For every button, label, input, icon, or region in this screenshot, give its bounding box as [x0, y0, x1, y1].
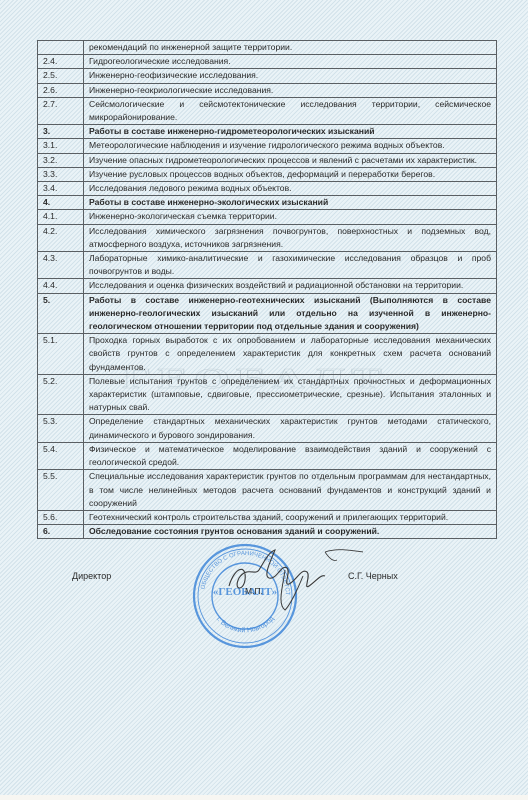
item-description: рекомендаций по инженерной защите террит… [84, 41, 497, 55]
item-number: 5.1. [38, 334, 84, 375]
item-description: Специальные исследования характеристик г… [84, 470, 497, 511]
item-number [38, 41, 84, 55]
section-row: 5.Работы в составе инженерно-геотехничес… [38, 293, 497, 334]
item-number: 2.5. [38, 69, 84, 83]
item-number: 2.7. [38, 97, 84, 124]
item-number: 5.2. [38, 374, 84, 415]
item-description: Определение стандартных механических хар… [84, 415, 497, 442]
item-number: 3.3. [38, 167, 84, 181]
item-description: Сейсмологические и сейсмотектонические и… [84, 97, 497, 124]
item-number: 3. [38, 125, 84, 139]
item-description: Проходка горных выработок с их опробован… [84, 334, 497, 375]
item-description: Обследование состояния грунтов основания… [84, 525, 497, 539]
table-row: рекомендаций по инженерной защите террит… [38, 41, 497, 55]
table-row: 3.4.Исследования ледового режима водных … [38, 182, 497, 196]
table-row: 3.2.Изучение опасных гидрометеорологичес… [38, 153, 497, 167]
item-description: Физическое и математическое моделировани… [84, 442, 497, 469]
table-row: 5.3.Определение стандартных механических… [38, 415, 497, 442]
item-description: Инженерно-экологическая съемка территори… [84, 210, 497, 224]
item-number: 4.4. [38, 279, 84, 293]
table-row: 5.5.Специальные исследования характерист… [38, 470, 497, 511]
item-number: 6. [38, 525, 84, 539]
item-description: Исследования и оценка физических воздейс… [84, 279, 497, 293]
table-row: 3.1.Метеорологические наблюдения и изуче… [38, 139, 497, 153]
table-row: 4.3.Лабораторные химико-аналитические и … [38, 252, 497, 279]
item-number: 2.4. [38, 55, 84, 69]
svg-text:г. Великий Новгород: г. Великий Новгород [215, 615, 276, 634]
table-row: 4.2.Исследования химического загрязнения… [38, 224, 497, 251]
table-row: 5.6.Геотехнический контроль строительств… [38, 510, 497, 524]
item-number: 2.6. [38, 83, 84, 97]
item-description: Работы в составе инженерно-экологических… [84, 196, 497, 210]
signer-title: Директор [72, 571, 111, 581]
page-bottom-edge [0, 795, 528, 800]
item-number: 3.1. [38, 139, 84, 153]
item-number: 4.3. [38, 252, 84, 279]
item-description: Инженерно-геокриологические исследования… [84, 83, 497, 97]
item-number: 3.2. [38, 153, 84, 167]
table-row: 5.2.Полевые испытания грунтов с определе… [38, 374, 497, 415]
item-description: Исследования ледового режима водных объе… [84, 182, 497, 196]
item-number: 5.4. [38, 442, 84, 469]
item-description: Гидрогеологические исследования. [84, 55, 497, 69]
table-row: 3.3.Изучение русловых процессов водных о… [38, 167, 497, 181]
table-row: 2.4.Гидрогеологические исследования. [38, 55, 497, 69]
section-row: 6.Обследование состояния грунтов основан… [38, 525, 497, 539]
item-number: 4.1. [38, 210, 84, 224]
item-number: 3.4. [38, 182, 84, 196]
item-description: Инженерно-геофизические исследования. [84, 69, 497, 83]
item-description: Лабораторные химико-аналитические и газо… [84, 252, 497, 279]
item-description: Работы в составе инженерно-гидрометеорол… [84, 125, 497, 139]
item-description: Исследования химического загрязнения поч… [84, 224, 497, 251]
item-description: Изучение опасных гидрометеорологических … [84, 153, 497, 167]
item-description: Метеорологические наблюдения и изучение … [84, 139, 497, 153]
item-number: 5. [38, 293, 84, 334]
section-row: 3.Работы в составе инженерно-гидрометеор… [38, 125, 497, 139]
table-row: 2.6.Инженерно-геокриологические исследов… [38, 83, 497, 97]
table-row: 2.5.Инженерно-геофизические исследования… [38, 69, 497, 83]
table-row: 4.4.Исследования и оценка физических воз… [38, 279, 497, 293]
item-description: Полевые испытания грунтов с определением… [84, 374, 497, 415]
item-number: 4.2. [38, 224, 84, 251]
table-row: 2.7.Сейсмологические и сейсмотектоническ… [38, 97, 497, 124]
item-description: Изучение русловых процессов водных объек… [84, 167, 497, 181]
table-row: 4.1.Инженерно-экологическая съемка терри… [38, 210, 497, 224]
table-row: 5.4.Физическое и математическое моделиро… [38, 442, 497, 469]
item-number: 5.5. [38, 470, 84, 511]
works-table: рекомендаций по инженерной защите террит… [37, 40, 497, 539]
table-row: 5.1.Проходка горных выработок с их опроб… [38, 334, 497, 375]
item-description: Геотехнический контроль строительства зд… [84, 510, 497, 524]
item-number: 5.6. [38, 510, 84, 524]
signature-icon [225, 546, 365, 616]
section-row: 4.Работы в составе инженерно-экологическ… [38, 196, 497, 210]
item-number: 4. [38, 196, 84, 210]
item-description: Работы в составе инженерно-геотехнически… [84, 293, 497, 334]
item-number: 5.3. [38, 415, 84, 442]
